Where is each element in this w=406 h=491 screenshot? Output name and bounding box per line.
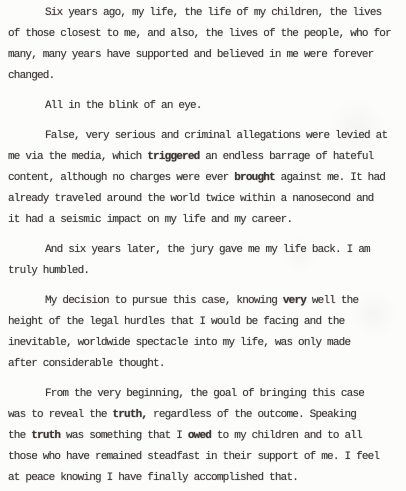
text-segment: Six years ago, my life, the life of my c… (45, 7, 381, 19)
text-line: it had a seismic impact on my life and m… (8, 210, 398, 231)
text-segment: me via the media, which (8, 151, 147, 163)
text-segment: well the (306, 295, 358, 307)
paragraph: Six years ago, my life, the life of my c… (8, 3, 398, 87)
paragraph: All in the blink of an eye. (8, 96, 398, 117)
text-segment: changed. (8, 70, 54, 82)
text-segment: truly humbled. (8, 265, 89, 277)
text-line: of those closest to me, and also, the li… (8, 24, 398, 45)
document-text: Six years ago, my life, the life of my c… (8, 3, 398, 489)
paragraph: From the very beginning, the goal of bri… (8, 384, 398, 489)
paragraph: And six years later, the jury gave me my… (8, 240, 398, 282)
text-line: inevitable, worldwide spectacle into my … (8, 333, 398, 354)
text-segment: regardless of the outcome. Speaking (147, 409, 356, 421)
text-segment: content, although no charges were ever (8, 172, 234, 184)
paragraph: My decision to pursue this case, knowing… (8, 291, 398, 375)
text-segment: after considerable thought. (8, 358, 165, 370)
text-segment-heavy-ink: truth (31, 430, 60, 442)
text-segment: height of the legal hurdles that I would… (8, 316, 344, 328)
text-line: All in the blink of an eye. (8, 96, 398, 117)
paragraph: False, very serious and criminal allegat… (8, 126, 398, 231)
text-segment: to my children and to all (211, 430, 362, 442)
text-line: From the very beginning, the goal of bri… (8, 384, 398, 405)
text-line: the truth was something that I owed to m… (8, 426, 398, 447)
text-line: at peace knowing I have finally accompli… (8, 468, 398, 489)
text-segment: already traveled around the world twice … (8, 193, 373, 205)
text-line: False, very serious and criminal allegat… (8, 126, 398, 147)
text-segment: False, very serious and criminal allegat… (45, 130, 387, 142)
text-segment: those who have remained steadfast in the… (8, 451, 379, 463)
text-segment: at peace knowing I have finally accompli… (8, 472, 298, 484)
text-line: height of the legal hurdles that I would… (8, 312, 398, 333)
text-line: My decision to pursue this case, knowing… (8, 291, 398, 312)
text-segment: against me. It had (275, 172, 385, 184)
text-segment: inevitable, worldwide spectacle into my … (8, 337, 350, 349)
text-segment: an endless barrage of hateful (199, 151, 373, 163)
text-segment-heavy-ink: very (283, 295, 306, 307)
text-segment-heavy-ink: brought (234, 172, 275, 184)
text-segment: And six years later, the jury gave me my… (45, 244, 370, 256)
text-segment: was to reveal the (8, 409, 112, 421)
text-line: already traveled around the world twice … (8, 189, 398, 210)
text-segment: it had a seismic impact on my life and m… (8, 214, 292, 226)
text-line: was to reveal the truth, regardless of t… (8, 405, 398, 426)
text-segment: All in the blink of an eye. (45, 100, 202, 112)
text-line: after considerable thought. (8, 354, 398, 375)
text-segment-heavy-ink: owed (188, 430, 211, 442)
text-line: changed. (8, 66, 398, 87)
text-segment: many, many years have supported and beli… (8, 49, 373, 61)
text-line: those who have remained steadfast in the… (8, 447, 398, 468)
text-line: And six years later, the jury gave me my… (8, 240, 398, 261)
text-line: me via the media, which triggered an end… (8, 147, 398, 168)
text-segment: of those closest to me, and also, the li… (8, 28, 391, 40)
text-line: Six years ago, my life, the life of my c… (8, 3, 398, 24)
text-segment-heavy-ink: triggered (147, 151, 199, 163)
document-page: Six years ago, my life, the life of my c… (0, 0, 406, 491)
text-segment-heavy-ink: truth, (112, 409, 147, 421)
text-segment: From the very beginning, the goal of bri… (45, 388, 364, 400)
text-line: truly humbled. (8, 261, 398, 282)
text-segment: the (8, 430, 31, 442)
text-line: many, many years have supported and beli… (8, 45, 398, 66)
text-segment: was something that I (60, 430, 188, 442)
text-segment: My decision to pursue this case, knowing (45, 295, 283, 307)
text-line: content, although no charges were ever b… (8, 168, 398, 189)
